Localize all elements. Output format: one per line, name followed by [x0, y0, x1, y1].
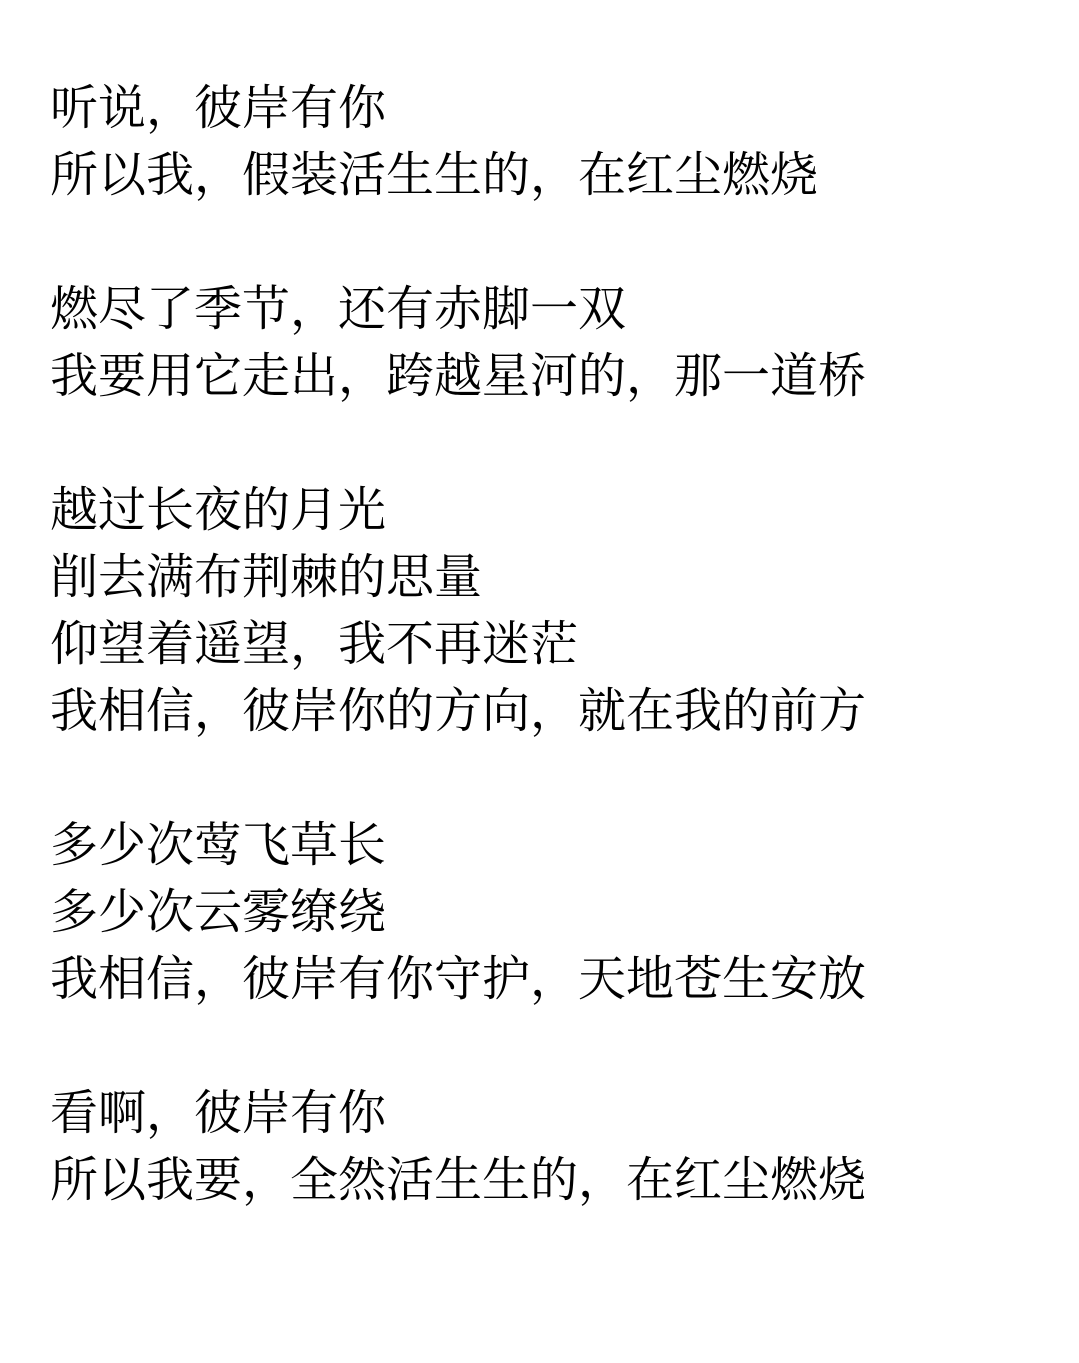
- lyric-line: 我相信，彼岸有你守护，天地苍生安放: [50, 946, 1049, 1013]
- lyric-line: 看啊，彼岸有你: [50, 1080, 1049, 1147]
- stanza: 看啊，彼岸有你所以我要，全然活生生的，在红尘燃烧: [50, 1080, 1049, 1214]
- stanza: 多少次莺飞草长多少次云雾缭绕我相信，彼岸有你守护，天地苍生安放: [50, 812, 1049, 1013]
- lyrics-body: 听说，彼岸有你所以我，假装活生生的，在红尘燃烧燃尽了季节，还有赤脚一双我要用它走…: [50, 75, 1049, 1214]
- lyric-line: 多少次云雾缭绕: [50, 879, 1049, 946]
- stanza: 燃尽了季节，还有赤脚一双我要用它走出，跨越星河的，那一道桥: [50, 276, 1049, 410]
- lyric-line: 所以我，假装活生生的，在红尘燃烧: [50, 142, 1049, 209]
- lyric-line: 我要用它走出，跨越星河的，那一道桥: [50, 343, 1049, 410]
- stanza: 听说，彼岸有你所以我，假装活生生的，在红尘燃烧: [50, 75, 1049, 209]
- lyric-line: 削去满布荆棘的思量: [50, 544, 1049, 611]
- lyric-line: 所以我要，全然活生生的，在红尘燃烧: [50, 1147, 1049, 1214]
- lyric-line: 听说，彼岸有你: [50, 75, 1049, 142]
- lyric-line: 越过长夜的月光: [50, 477, 1049, 544]
- lyric-line: 燃尽了季节，还有赤脚一双: [50, 276, 1049, 343]
- stanza: 越过长夜的月光削去满布荆棘的思量仰望着遥望，我不再迷茫我相信，彼岸你的方向，就在…: [50, 477, 1049, 745]
- lyric-line: 多少次莺飞草长: [50, 812, 1049, 879]
- lyric-line: 我相信，彼岸你的方向，就在我的前方: [50, 678, 1049, 745]
- lyric-line: 仰望着遥望，我不再迷茫: [50, 611, 1049, 678]
- lyrics-page: 听说，彼岸有你所以我，假装活生生的，在红尘燃烧燃尽了季节，还有赤脚一双我要用它走…: [0, 0, 1079, 1363]
